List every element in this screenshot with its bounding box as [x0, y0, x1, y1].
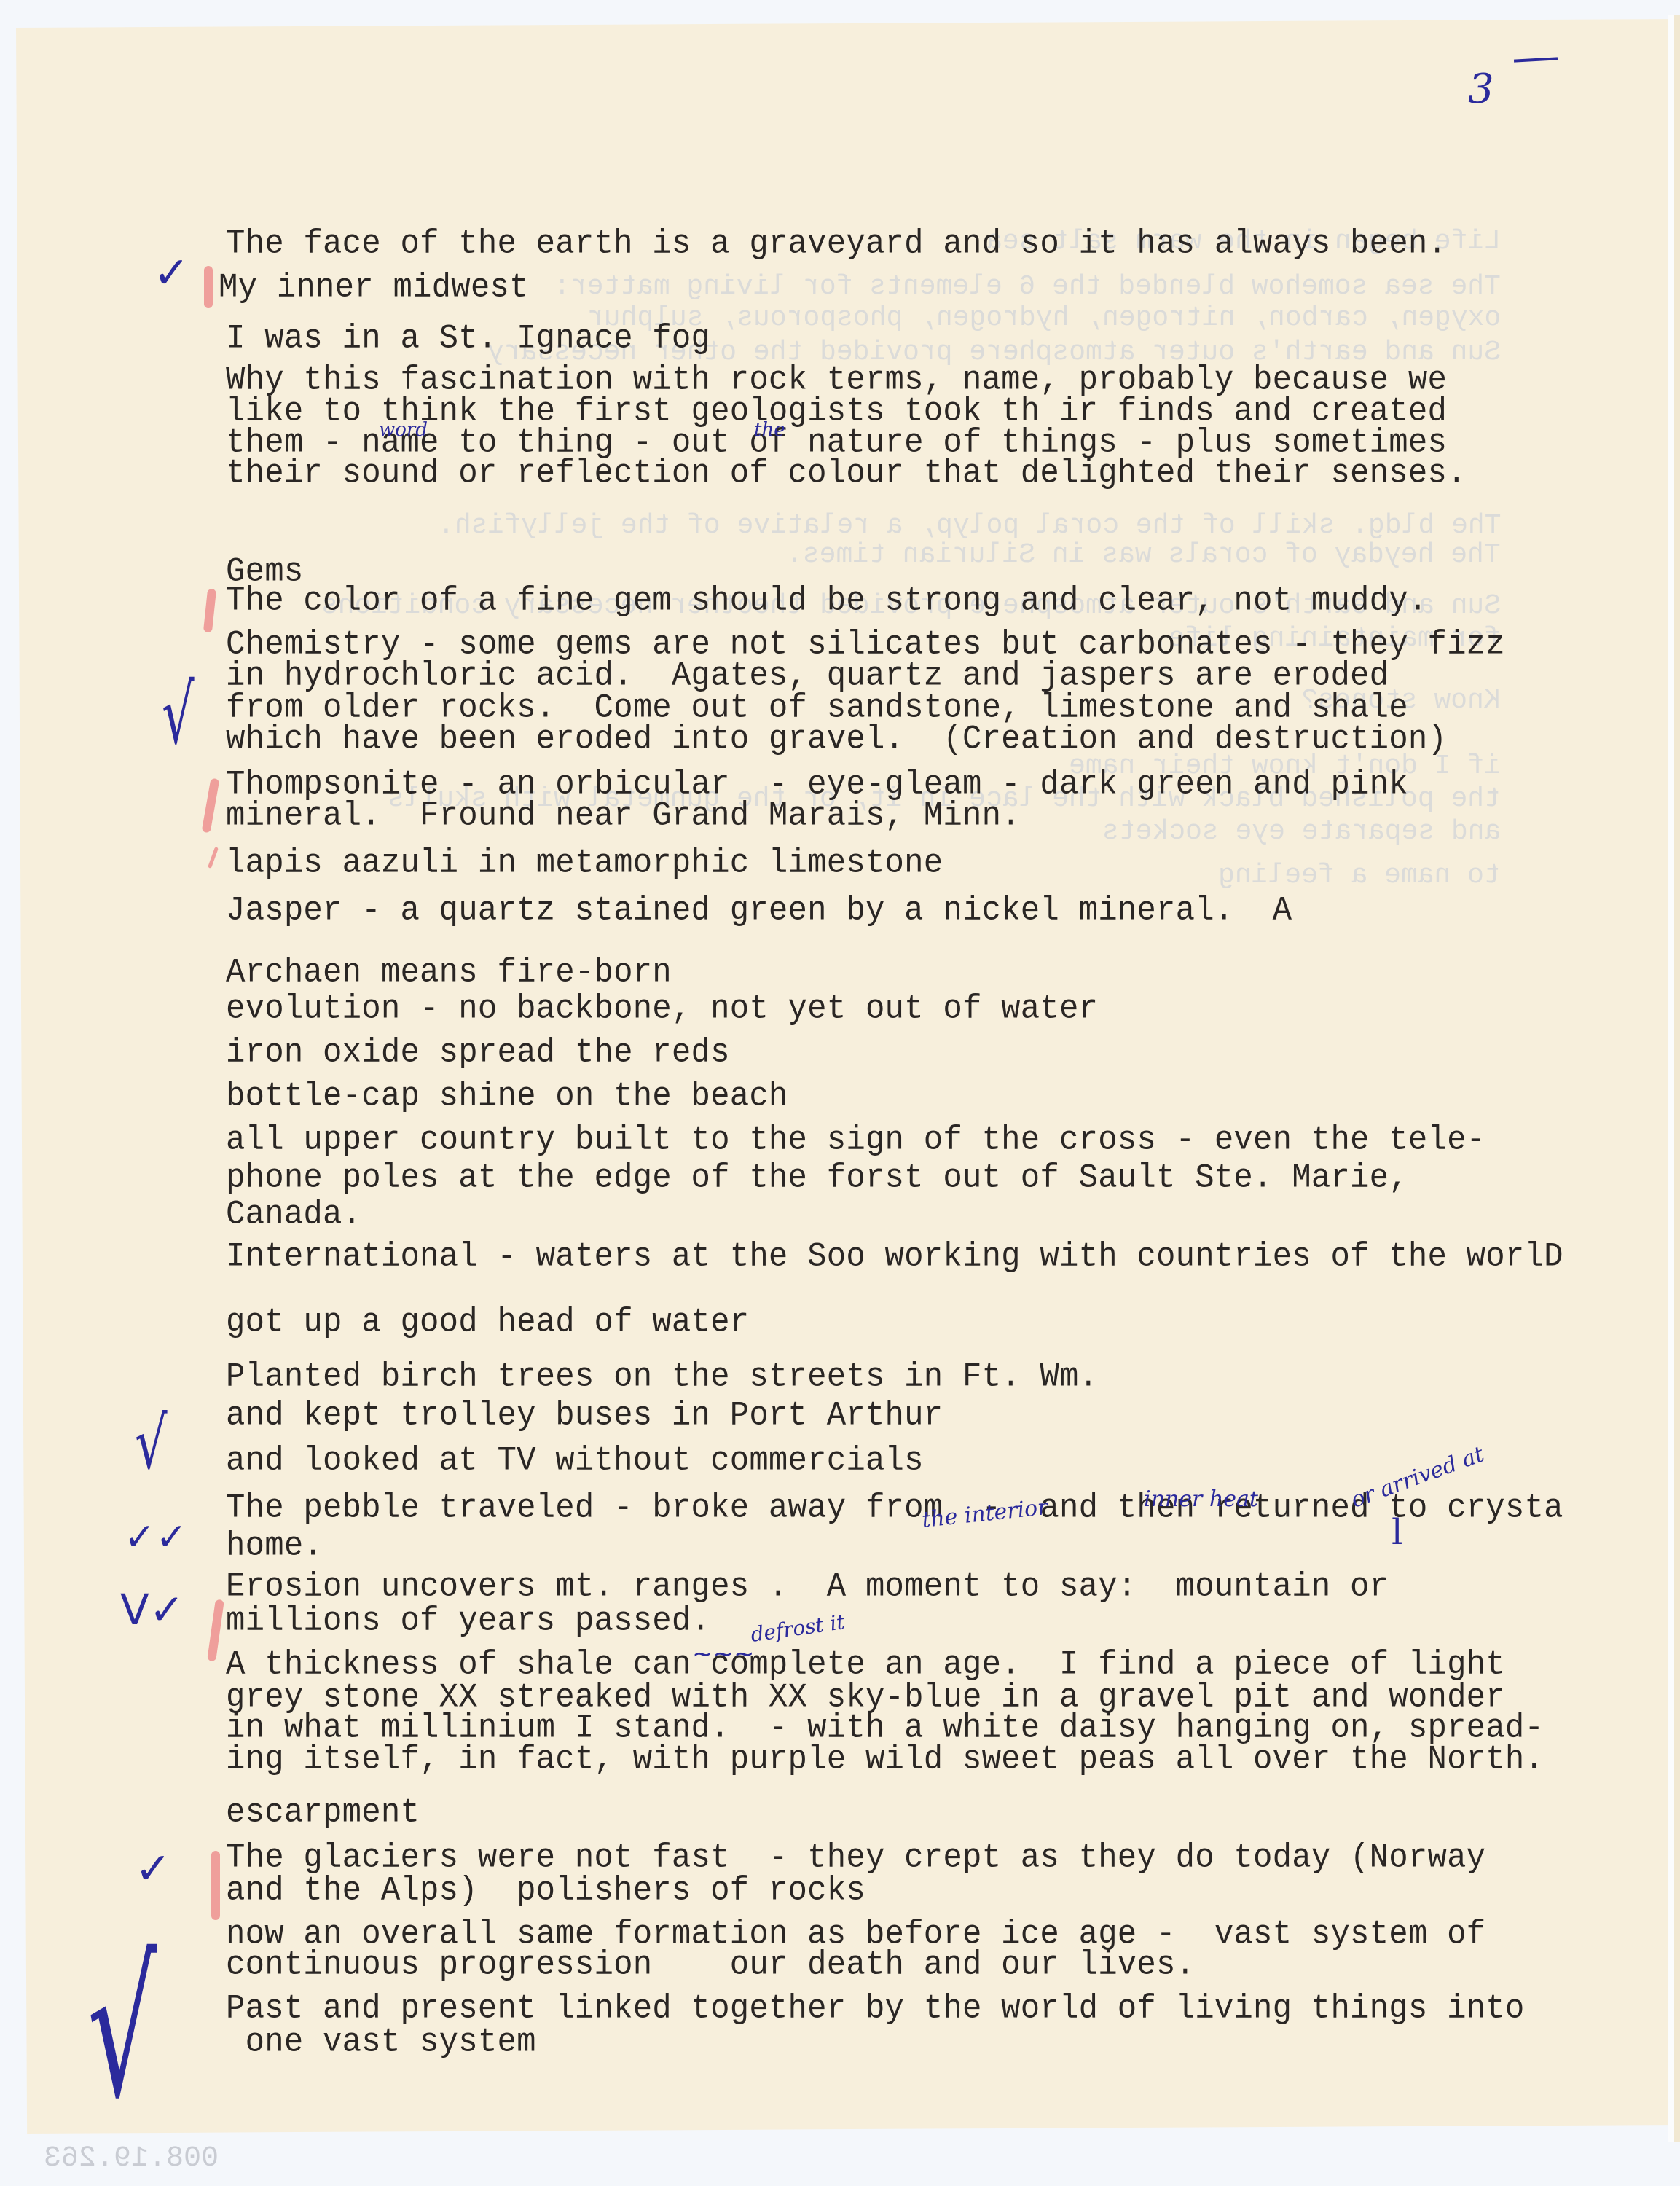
typed-line: The color of a fine gem should be strong…	[226, 582, 1427, 621]
typed-line: got up a good head of water	[226, 1304, 749, 1342]
bleed-through-line: The bldg. skill of the coral polyp, a re…	[438, 510, 1501, 541]
typed-line: International - waters at the Soo workin…	[226, 1238, 1563, 1277]
typed-line: My inner midwest	[219, 269, 529, 307]
typed-line: evolution - no backbone, not yet out of …	[226, 990, 1098, 1029]
typed-line: mineral. Fround near Grand Marais, Minn.	[226, 797, 1021, 836]
typed-line: which have been eroded into gravel. (Cre…	[226, 721, 1447, 759]
annotation-word: word	[379, 419, 428, 441]
typed-line: and kept trolley buses in Port Arthur	[226, 1397, 943, 1435]
typed-line: Planted birch trees on the streets in Ft…	[226, 1358, 1098, 1397]
typed-line: and the Alps) polishers of rocks	[226, 1872, 865, 1911]
typed-line: iron oxide spread the reds	[226, 1034, 730, 1073]
typed-line: all upper country built to the sign of t…	[226, 1121, 1485, 1160]
typed-line: their sound or reflection of colour that…	[226, 455, 1467, 493]
typed-line: Jasper - a quartz stained green by a nic…	[226, 892, 1292, 931]
typed-line: continuous progression our death and our…	[226, 1946, 1195, 1985]
archive-stamp: 008.19.263	[44, 2142, 219, 2175]
typed-line: escarpment	[226, 1794, 420, 1833]
checkmark-icon: ✓	[153, 248, 189, 299]
typed-line: Archaen means fire-born	[226, 954, 672, 992]
typed-line: phone poles at the edge of the forst out…	[226, 1159, 1408, 1198]
annotation-inner-heat: inner heat	[1144, 1486, 1258, 1512]
typed-line: bottle-cap shine on the beach	[226, 1078, 788, 1116]
typed-line: Canada.	[226, 1196, 361, 1234]
typed-line: Past and present linked together by the …	[226, 1990, 1525, 2029]
annotation-the: the	[754, 419, 785, 441]
page-number: 3	[1468, 66, 1494, 113]
bleed-through-line: to name a feeling	[1218, 860, 1501, 891]
checkmark-icon: √	[135, 1402, 168, 1486]
typed-line: ing itself, in fact, with purple wild sw…	[226, 1741, 1544, 1779]
annotation-l: l	[1392, 1512, 1402, 1553]
typed-line: home.	[226, 1527, 323, 1566]
typed-line: millions of years passed.	[226, 1602, 710, 1641]
bleed-through-line: The heyday of corals was in Silurian tim…	[786, 539, 1501, 571]
typed-line: and looked at TV without commercials	[226, 1442, 924, 1481]
bleed-through-line: and separate eye sockets	[1102, 816, 1501, 847]
checkmark-icon: √	[162, 667, 195, 762]
bleed-through-line: The sea somehow blended the 6 elements f…	[554, 271, 1501, 302]
wavy-underline-icon: ∼∼∼	[692, 1639, 754, 1669]
typed-line: The face of the earth is a graveyard and…	[226, 225, 1447, 264]
red-pencil-mark	[204, 266, 213, 308]
checkmark-icon: V✓	[120, 1585, 184, 1634]
adjacent-page-edge	[1668, 15, 1680, 2142]
bleed-through-line: oxygen, carbon, nitrogen, hydrogen, phos…	[587, 302, 1501, 334]
typed-line: one vast system	[226, 2024, 536, 2062]
typed-line: I was in a St. Ignace fog	[226, 320, 710, 359]
typed-line: lapis aazuli in metamorphic limestone	[226, 845, 943, 883]
checkmark-icon: √	[87, 1924, 157, 2139]
red-pencil-mark	[211, 1851, 220, 1920]
checkmark-icon: ✓✓	[124, 1516, 187, 1559]
typed-line: Erosion uncovers mt. ranges . A moment t…	[226, 1568, 1389, 1607]
checkmark-icon: ✓	[135, 1844, 171, 1895]
